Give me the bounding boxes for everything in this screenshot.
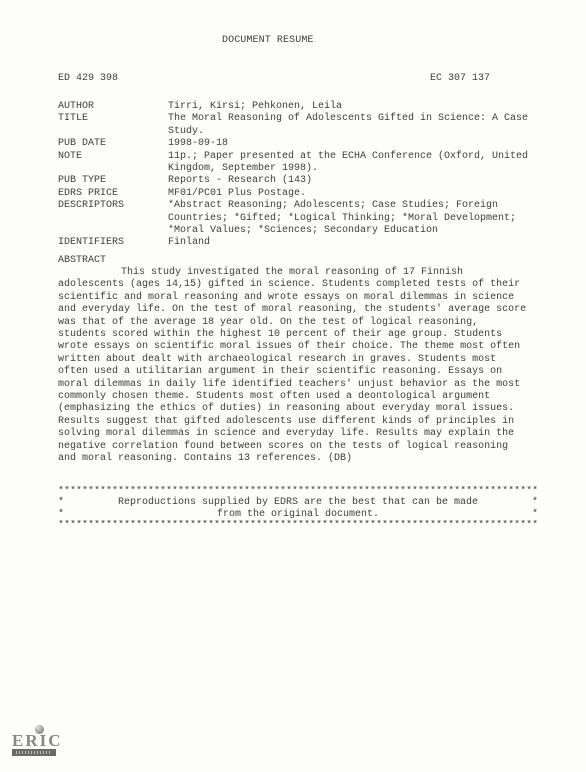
reproduction-notice: ****************************************… [58, 486, 538, 531]
field-label-author: AUTHOR [58, 101, 168, 113]
eric-logo: ERIC [12, 725, 64, 756]
field-label-pub-date: PUB DATE [58, 138, 168, 150]
field-label-identifiers: IDENTIFIERS [58, 237, 168, 249]
citation-fields: AUTHOR Tirri, Kirsi; Pehkonen, Leila TIT… [58, 101, 535, 250]
abstract-text: This study investigated the moral reason… [58, 267, 530, 466]
notice-border-bottom: ****************************************… [58, 520, 538, 531]
field-value-edrs-price: MF01/PC01 Plus Postage. [168, 188, 535, 200]
notice-line-2: from the original document. [64, 509, 532, 520]
field-label-note: NOTE [58, 151, 168, 176]
field-value-note: 11p.; Paper presented at the ECHA Confer… [168, 151, 535, 176]
field-label-descriptors: DESCRIPTORS [58, 200, 168, 237]
field-label-title: TITLE [58, 113, 168, 138]
field-value-pub-type: Reports - Research (143) [168, 175, 535, 187]
eric-logo-text: ERIC [12, 733, 64, 748]
notice-line-2-row: * from the original document. * [58, 509, 538, 520]
field-label-pub-type: PUB TYPE [58, 175, 168, 187]
field-label-edrs-price: EDRS PRICE [58, 188, 168, 200]
ec-number: EC 307 137 [430, 73, 490, 84]
notice-border-top: ****************************************… [58, 486, 538, 497]
ed-number: ED 429 398 [58, 73, 118, 84]
accession-numbers: ED 429 398 EC 307 137 [58, 73, 530, 84]
eric-logo-tagline-bar [12, 749, 56, 756]
field-value-author: Tirri, Kirsi; Pehkonen, Leila [168, 101, 535, 113]
notice-star-right-1: * [532, 497, 538, 508]
field-value-descriptors: *Abstract Reasoning; Adolescents; Case S… [168, 200, 535, 237]
notice-line-1: Reproductions supplied by EDRS are the b… [64, 497, 532, 508]
field-value-title: The Moral Reasoning of Adolescents Gifte… [168, 113, 535, 138]
field-value-identifiers: Finland [168, 237, 535, 249]
abstract-heading: ABSTRACT [58, 255, 106, 266]
document-page: DOCUMENT RESUME ED 429 398 EC 307 137 AU… [0, 0, 586, 772]
notice-star-right-2: * [532, 509, 538, 520]
page-title: DOCUMENT RESUME [222, 35, 314, 46]
notice-line-1-row: * Reproductions supplied by EDRS are the… [58, 497, 538, 508]
field-value-pub-date: 1998-09-18 [168, 138, 535, 150]
